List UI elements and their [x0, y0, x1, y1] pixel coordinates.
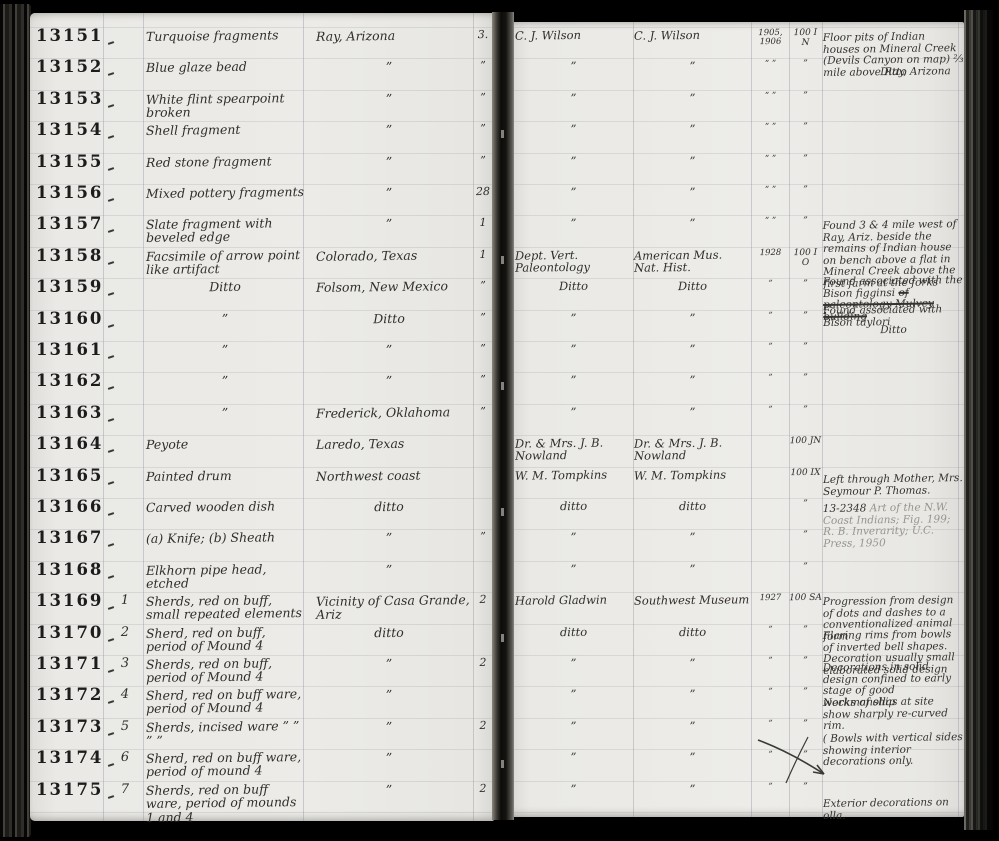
sub-number-cell: 6 [110, 751, 140, 765]
description-cell: Sherds, red on buff, period of Mound 4 [146, 656, 304, 684]
remarks-cell: Left through Mother, Mrs. Seymour P. Tho… [823, 473, 964, 498]
table-row: 13157Slate fragment with beveled edge”1”… [0, 214, 999, 246]
accession-code-cell: ” [789, 217, 822, 227]
accession-code-cell: ” [789, 563, 822, 573]
accession-code-cell: ” [789, 343, 822, 353]
description-cell: Blue glaze bead [146, 59, 304, 74]
accession-code-cell: ” [789, 60, 822, 70]
accession-code-cell: ” [789, 500, 822, 510]
catalog-number-cell: 13162 [36, 372, 108, 389]
count-cell: ” [470, 123, 496, 135]
accession-code-cell: ” [789, 186, 822, 196]
pen-tick-mark [108, 292, 114, 296]
remark-ink-text: Ditto [880, 66, 907, 78]
locality-cell: Ray, Arizona [308, 28, 470, 43]
source-cell: ” [634, 531, 751, 545]
pen-tick-mark [108, 638, 114, 642]
date-cell: ” ” [751, 92, 790, 101]
source-cell: Ditto [634, 279, 751, 293]
locality-cell: ” [308, 719, 470, 734]
description-cell: ” [146, 405, 304, 420]
description-cell: ” [146, 373, 304, 388]
count-cell: 1 [470, 249, 496, 261]
date-cell: ” [751, 657, 790, 666]
collector-cell: ” [515, 688, 632, 702]
description-cell: Slate fragment with beveled edge [146, 216, 304, 244]
catalog-number-cell: 13163 [36, 404, 108, 421]
locality-cell: Ditto [308, 311, 470, 326]
count-cell: ” [470, 343, 496, 355]
count-cell: 2 [470, 657, 496, 669]
source-cell: Southwest Museum [634, 593, 751, 607]
source-cell: ” [634, 217, 751, 231]
locality-cell: Laredo, Texas [308, 436, 470, 451]
pen-tick-mark [108, 795, 114, 799]
catalog-number-cell: 13172 [36, 686, 108, 703]
accession-code-cell: ” [789, 657, 822, 667]
description-cell: Sherds, red on buff, small repeated elem… [146, 593, 304, 621]
catalog-number-cell: 13173 [36, 718, 108, 735]
source-cell: ” [634, 60, 751, 74]
count-cell: 28 [470, 186, 496, 198]
pen-tick-mark [108, 512, 114, 516]
accession-code-cell: ” [789, 720, 822, 730]
locality-cell: Frederick, Oklahoma [308, 405, 470, 420]
locality-cell: ” [308, 530, 470, 545]
accession-code-cell: ” [789, 531, 822, 541]
table-row: 13166Carved wooden dishdittodittoditto”1… [0, 497, 999, 529]
pen-tick-mark [108, 763, 114, 767]
table-row: 13159DittoFolsom, New Mexico”DittoDitto”… [0, 277, 999, 309]
table-row: 13156Mixed pottery fragments”28””” ”” [0, 183, 999, 215]
locality-cell: Vicinity of Casa Grande, Ariz [308, 593, 470, 621]
source-cell: ” [634, 719, 751, 733]
table-row: 131724Sherd, red on buff ware, period of… [0, 685, 999, 717]
locality-cell: ” [308, 750, 470, 765]
collector-cell: ” [515, 154, 632, 168]
locality-cell: ” [308, 216, 470, 231]
date-cell: ” ” [751, 186, 790, 195]
collector-cell: ” [515, 719, 632, 733]
accession-code-cell: ” [789, 154, 822, 164]
count-cell: 2 [470, 782, 496, 794]
locality-cell: ” [308, 687, 470, 702]
description-cell: ” [146, 311, 304, 326]
locality-cell: Colorado, Texas [308, 248, 470, 263]
date-cell: ” ” [751, 60, 790, 69]
pen-tick-mark [108, 41, 114, 45]
date-cell: ” [751, 374, 790, 383]
description-cell: Sherds, incised ware ” ” ” ” [146, 719, 304, 747]
locality-cell: Northwest coast [308, 468, 470, 483]
source-cell: ” [634, 374, 751, 388]
scanned-ledger-photo: { "document": { "kind": "handwritten mus… [0, 0, 999, 841]
catalog-number-cell: 13175 [36, 781, 108, 798]
source-cell: ” [634, 656, 751, 670]
sub-number-cell: 4 [110, 688, 140, 702]
collector-cell: ” [515, 311, 632, 325]
description-cell: White flint spearpoint broken [146, 91, 304, 119]
table-row: 13158Facsimile of arrow point like artif… [0, 246, 999, 278]
table-row: 13162””””””” [0, 371, 999, 403]
date-cell: ” [751, 720, 790, 729]
collector-cell: ” [515, 217, 632, 231]
pen-tick-mark [108, 732, 114, 736]
table-row: 13151Turquoise fragmentsRay, Arizona3.C.… [0, 26, 999, 58]
date-cell: ” ” [751, 123, 790, 132]
catalog-number-cell: 13153 [36, 90, 108, 107]
locality-cell: ” [308, 562, 470, 577]
remark-ink-text: Ditto [880, 323, 907, 335]
date-cell: ” [751, 625, 790, 634]
source-cell: ” [634, 91, 751, 105]
accession-code-cell: ” [789, 625, 822, 635]
source-cell: Dr. & Mrs. J. B. Nowland [634, 436, 751, 462]
source-cell: ” [634, 185, 751, 199]
description-cell: Red stone fragment [146, 154, 304, 169]
count-cell: 1 [470, 217, 496, 229]
source-cell: ” [634, 688, 751, 702]
description-cell: Sherd, red on buff, period of Mound 4 [146, 625, 304, 653]
description-cell: Sherd, red on buff ware, period of Mound… [146, 687, 304, 715]
pen-tick-mark [108, 418, 114, 422]
catalog-number-cell: 13156 [36, 184, 108, 201]
table-row: 131713Sherds, red on buff, period of Mou… [0, 654, 999, 686]
locality-cell: ” [308, 342, 470, 357]
collector-cell: C. J. Wilson [515, 28, 632, 42]
description-cell: Painted drum [146, 468, 304, 483]
count-cell: 3. [470, 29, 496, 41]
collector-cell: ” [515, 656, 632, 670]
catalog-number-cell: 13157 [36, 215, 108, 232]
date-cell: ” ” [751, 154, 790, 163]
sub-number-cell: 3 [110, 657, 140, 671]
source-cell: ” [634, 782, 751, 796]
pen-tick-mark [108, 544, 114, 548]
date-cell: ” [751, 688, 790, 697]
description-cell: Peyote [146, 436, 304, 451]
description-cell: (a) Knife; (b) Sheath [146, 530, 304, 545]
catalog-number-cell: 13169 [36, 592, 108, 609]
locality-cell: ” [308, 122, 470, 137]
count-cell: ” [470, 280, 496, 292]
table-row: 13164PeyoteLaredo, TexasDr. & Mrs. J. B.… [0, 434, 999, 466]
description-cell: Mixed pottery fragments [146, 185, 304, 200]
count-cell: ” [470, 531, 496, 543]
description-cell: ” [146, 342, 304, 357]
catalog-number-cell: 13154 [36, 121, 108, 138]
locality-cell: ” [308, 59, 470, 74]
catalog-number-cell: 13168 [36, 561, 108, 578]
pen-tick-mark [108, 198, 114, 202]
description-cell: Sherds, red on buff ware, period of moun… [146, 782, 304, 824]
pen-tick-mark [108, 104, 114, 108]
description-cell: Carved wooden dish [146, 499, 304, 514]
table-row: 13160”Ditto”””””Ditto [0, 309, 999, 341]
catalog-number-cell: 13165 [36, 467, 108, 484]
table-row: 13154Shell fragment””””” ”” [0, 120, 999, 152]
locality-cell: ” [308, 91, 470, 106]
collector-cell: ” [515, 185, 632, 199]
source-cell: C. J. Wilson [634, 28, 751, 42]
accession-code-cell: 100 I O [789, 249, 822, 268]
collector-cell: Ditto [515, 279, 632, 293]
collector-cell: ditto [515, 625, 632, 639]
table-row: 13155Red stone fragment””””” ”” [0, 152, 999, 184]
pen-tick-mark [108, 167, 114, 171]
locality-cell: ” [308, 373, 470, 388]
source-cell: ” [634, 562, 751, 576]
count-cell: ” [470, 154, 496, 166]
locality-cell: ditto [308, 625, 470, 640]
description-cell: Elkhorn pipe head, etched [146, 562, 304, 590]
sub-number-cell: 2 [110, 625, 140, 639]
source-cell: ditto [634, 625, 751, 639]
pen-tick-mark [108, 230, 114, 234]
description-cell: Turquoise fragments [146, 28, 304, 43]
collector-cell: ” [515, 60, 632, 74]
pen-tick-mark [108, 261, 114, 265]
table-row: 13167(a) Knife; (b) Sheath””””” [0, 528, 999, 560]
remarks-cell: Exterior decorations on olla. [823, 797, 964, 822]
accession-code-cell: 100 IX [789, 468, 822, 478]
description-cell: Ditto [146, 279, 304, 294]
table-row: 13153White flint spearpoint broken””””” … [0, 89, 999, 121]
catalog-number-cell: 13151 [36, 27, 108, 44]
pen-tick-mark [108, 481, 114, 485]
date-cell: ” [751, 782, 790, 791]
table-row: 131757Sherds, red on buff ware, period o… [0, 780, 999, 812]
pen-tick-mark [108, 73, 114, 77]
locality-cell: ” [308, 154, 470, 169]
collector-cell: W. M. Tompkins [515, 468, 632, 482]
collector-cell: ” [515, 405, 632, 419]
source-cell: ditto [634, 499, 751, 513]
date-cell: ” ” [751, 217, 790, 226]
catalog-number-cell: 13152 [36, 58, 108, 75]
catalog-number-cell: 13164 [36, 435, 108, 452]
catalog-number-cell: 13159 [36, 278, 108, 295]
description-cell: Facsimile of arrow point like artifact [146, 248, 304, 276]
date-cell: ” [751, 343, 790, 352]
sub-number-cell: 7 [110, 782, 140, 796]
accession-code-cell: ” [789, 311, 822, 321]
catalog-number-cell: 13161 [36, 341, 108, 358]
remark-ink-text: Left through Mother, Mrs. Seymour P. Tho… [823, 472, 963, 497]
accession-code-cell: ” [789, 782, 822, 792]
pen-tick-mark [108, 135, 114, 139]
description-cell: Shell fragment [146, 122, 304, 137]
catalog-number-cell: 13166 [36, 498, 108, 515]
accession-code-cell: 100 JN [789, 437, 822, 447]
remark-ink-text: Exterior decorations on olla. [823, 796, 949, 821]
count-cell: ” [470, 406, 496, 418]
accession-code-cell: 100 SA [789, 594, 822, 604]
accession-code-cell: ” [789, 123, 822, 133]
date-cell: ” [751, 280, 790, 289]
date-cell: ” [751, 751, 790, 760]
table-row: 131702Sherd, red on buff, period of Moun… [0, 623, 999, 655]
catalog-number-cell: 13160 [36, 310, 108, 327]
collector-cell: Dept. Vert. Paleontology [515, 248, 632, 274]
sub-number-cell: 5 [110, 720, 140, 734]
source-cell: ” [634, 342, 751, 356]
collector-cell: Dr. & Mrs. J. B. Nowland [515, 436, 632, 462]
pen-tick-mark [108, 701, 114, 705]
date-cell: ” [751, 311, 790, 320]
source-cell: ” [634, 405, 751, 419]
catalog-number-cell: 13155 [36, 153, 108, 170]
date-cell: ” [751, 406, 790, 415]
source-cell: ” [634, 750, 751, 764]
catalog-number-cell: 13167 [36, 529, 108, 546]
date-cell: 1927 [751, 594, 790, 603]
collector-cell: ” [515, 374, 632, 388]
accession-code-cell: ” [789, 374, 822, 384]
collector-cell: ditto [515, 499, 632, 513]
locality-cell: ditto [308, 499, 470, 514]
table-row: 13152Blue glaze bead””””” ””Ditto [0, 57, 999, 89]
table-row: 13161””””””” [0, 340, 999, 372]
count-cell: 2 [470, 720, 496, 732]
accession-code-cell: ” [789, 688, 822, 698]
date-cell: 1928 [751, 249, 790, 258]
collector-cell: ” [515, 342, 632, 356]
locality-cell: Folsom, New Mexico [308, 279, 470, 294]
collector-cell: ” [515, 531, 632, 545]
collector-cell: ” [515, 562, 632, 576]
count-cell: 2 [470, 594, 496, 606]
accession-code-cell: 100 I N [789, 29, 822, 48]
count-cell: ” [470, 92, 496, 104]
source-cell: ” [634, 122, 751, 136]
table-row: 13168Elkhorn pipe head, etched”””” [0, 560, 999, 592]
collector-cell: ” [515, 782, 632, 796]
description-cell: Sherd, red on buff ware, period of mound… [146, 750, 304, 778]
pen-tick-mark [108, 324, 114, 328]
table-row: 13165Painted drumNorthwest coastW. M. To… [0, 466, 999, 498]
table-row: 131746Sherd, red on buff ware, period of… [0, 748, 999, 780]
sub-number-cell: 1 [110, 594, 140, 608]
source-cell: American Mus. Nat. Hist. [634, 248, 751, 274]
accession-code-cell: ” [789, 406, 822, 416]
catalog-number-cell: 13171 [36, 655, 108, 672]
source-cell: ” [634, 154, 751, 168]
locality-cell: ” [308, 185, 470, 200]
accession-code-cell: ” [789, 280, 822, 290]
locality-cell: ” [308, 656, 470, 671]
collector-cell: ” [515, 750, 632, 764]
pen-tick-mark [108, 606, 114, 610]
count-cell: ” [470, 311, 496, 323]
pen-tick-mark [108, 575, 114, 579]
pen-tick-mark [108, 449, 114, 453]
count-cell: ” [470, 374, 496, 386]
date-cell: 1905, 1906 [751, 29, 790, 47]
source-cell: ” [634, 311, 751, 325]
source-cell: W. M. Tompkins [634, 468, 751, 482]
collector-cell: ” [515, 122, 632, 136]
table-row: 131691Sherds, red on buff, small repeate… [0, 591, 999, 623]
catalog-number-cell: 13158 [36, 247, 108, 264]
locality-cell: ” [308, 782, 470, 797]
remarks-cell: Ditto [823, 66, 964, 80]
pen-tick-mark [108, 355, 114, 359]
accession-code-cell: ” [789, 92, 822, 102]
remarks-cell: Ditto [823, 324, 964, 338]
accession-code-cell: ” [789, 751, 822, 761]
table-row: 131735Sherds, incised ware ” ” ” ””2””””… [0, 717, 999, 749]
collector-cell: ” [515, 91, 632, 105]
collector-cell: Harold Gladwin [515, 593, 632, 607]
table-row: 13163”Frederick, Oklahoma””””” [0, 403, 999, 435]
catalog-number-cell: 13174 [36, 749, 108, 766]
pen-tick-mark [108, 387, 114, 391]
count-cell: ” [470, 60, 496, 72]
pen-tick-mark [108, 669, 114, 673]
catalog-number-cell: 13170 [36, 624, 108, 641]
